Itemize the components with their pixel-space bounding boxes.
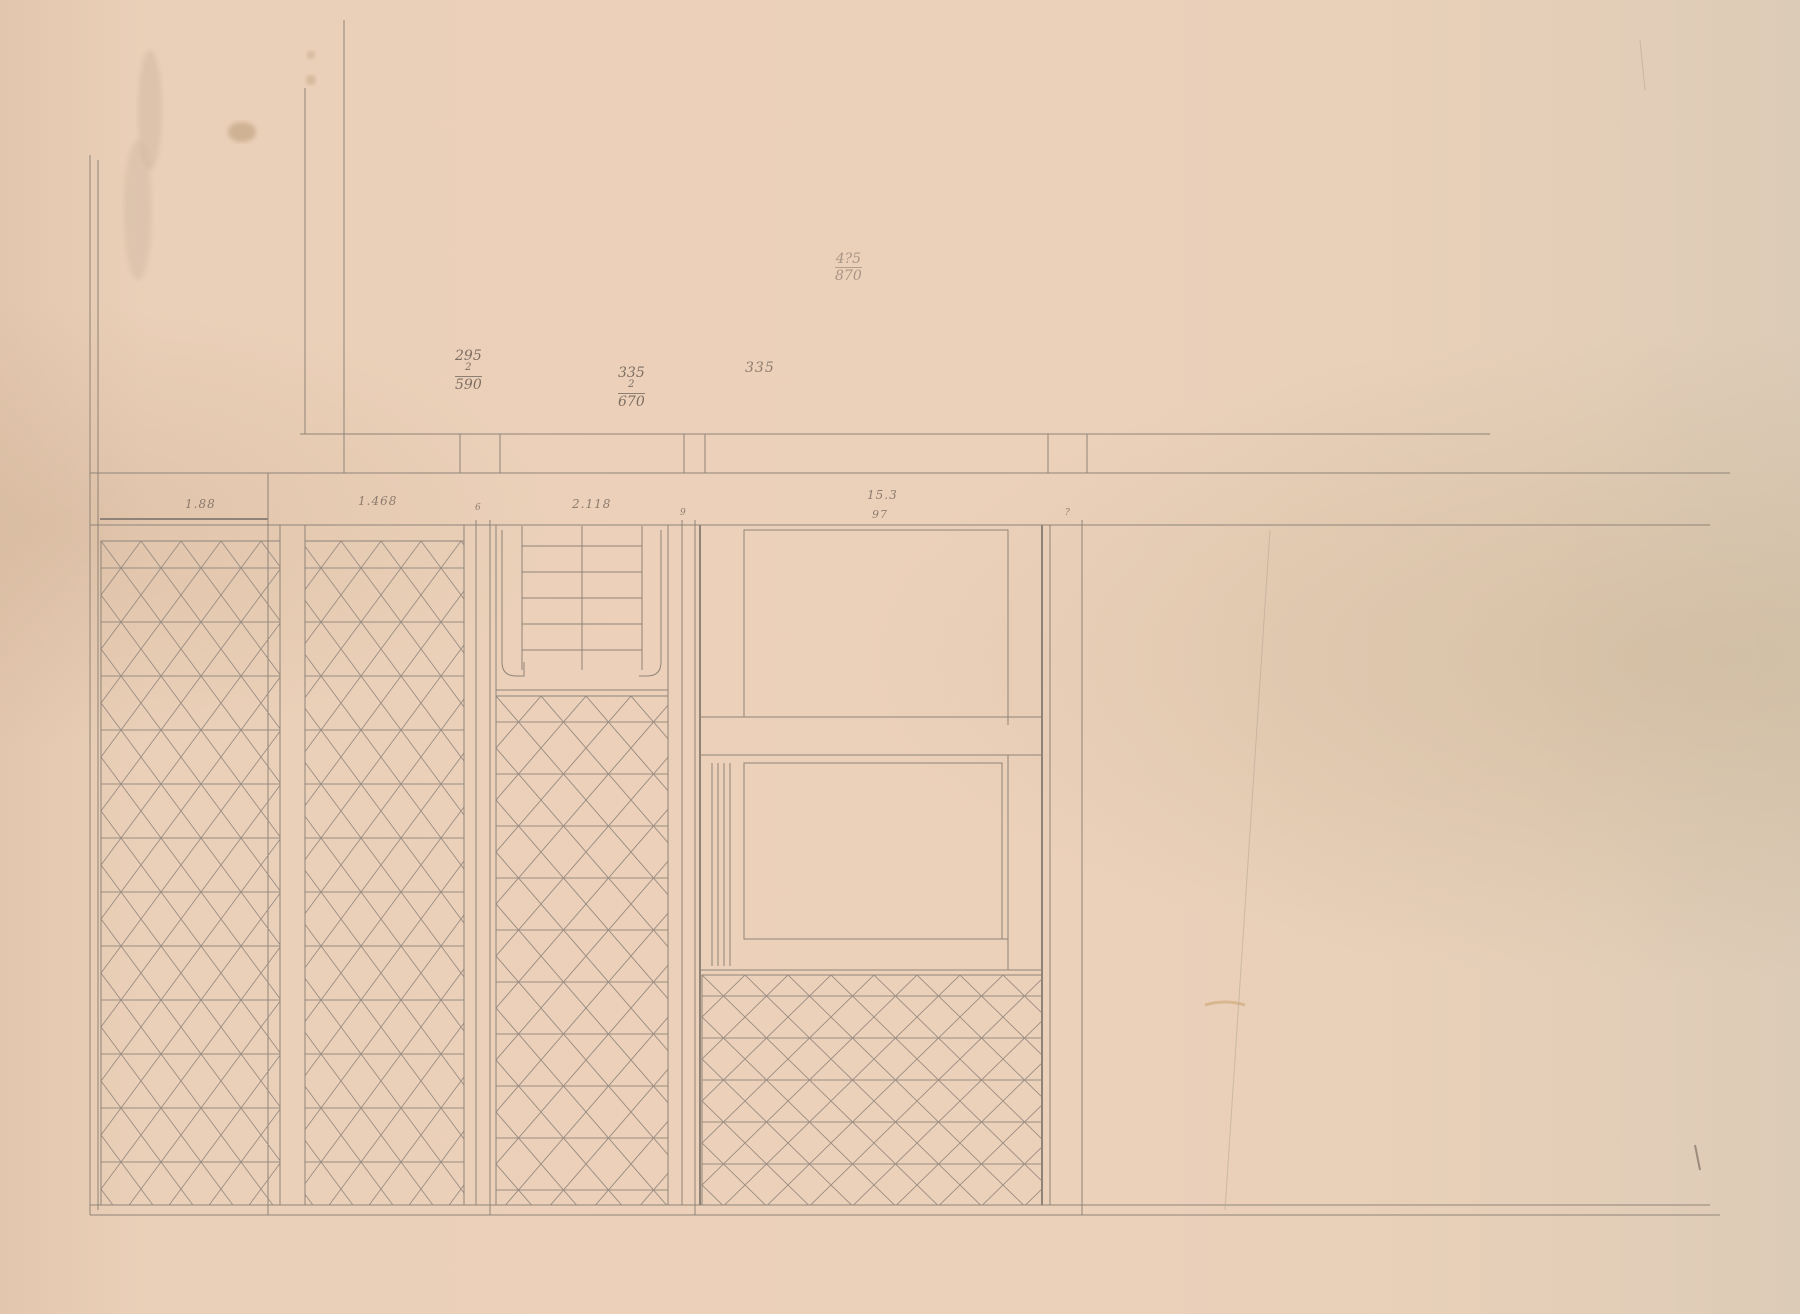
lattice-panel-2 xyxy=(305,541,464,1205)
paper-stains xyxy=(124,50,1245,1005)
annotation-fraction-870: 4?5 870 xyxy=(835,253,862,282)
annotation-fraction-295: 295 2 590 xyxy=(455,350,482,391)
window-frames xyxy=(700,530,1042,970)
annotation-fraction-335: 335 2 670 xyxy=(618,367,645,408)
annotation-335: 335 xyxy=(745,360,775,376)
column-label-3: 2.118 xyxy=(572,497,611,511)
column-label-4: 15.3 xyxy=(867,488,898,502)
tick-mark-2: 9 xyxy=(680,508,687,518)
column-label-1: 1.88 xyxy=(185,497,216,511)
elevation-drawing xyxy=(0,0,1800,1314)
column-sublabel: 97 xyxy=(872,508,888,521)
tick-mark-3: ? xyxy=(1065,508,1071,518)
window-lattice-panel xyxy=(702,975,1042,1205)
tick-mark-1: 6 xyxy=(475,503,482,513)
column-label-2: 1.468 xyxy=(358,494,397,508)
lattice-panel-1 xyxy=(101,541,280,1205)
drawing-sheet: 295 2 590 335 2 670 335 4?5 870 1.88 1.4… xyxy=(0,0,1800,1314)
stair-steps xyxy=(496,526,668,690)
stair-lattice-panel xyxy=(496,696,668,1205)
